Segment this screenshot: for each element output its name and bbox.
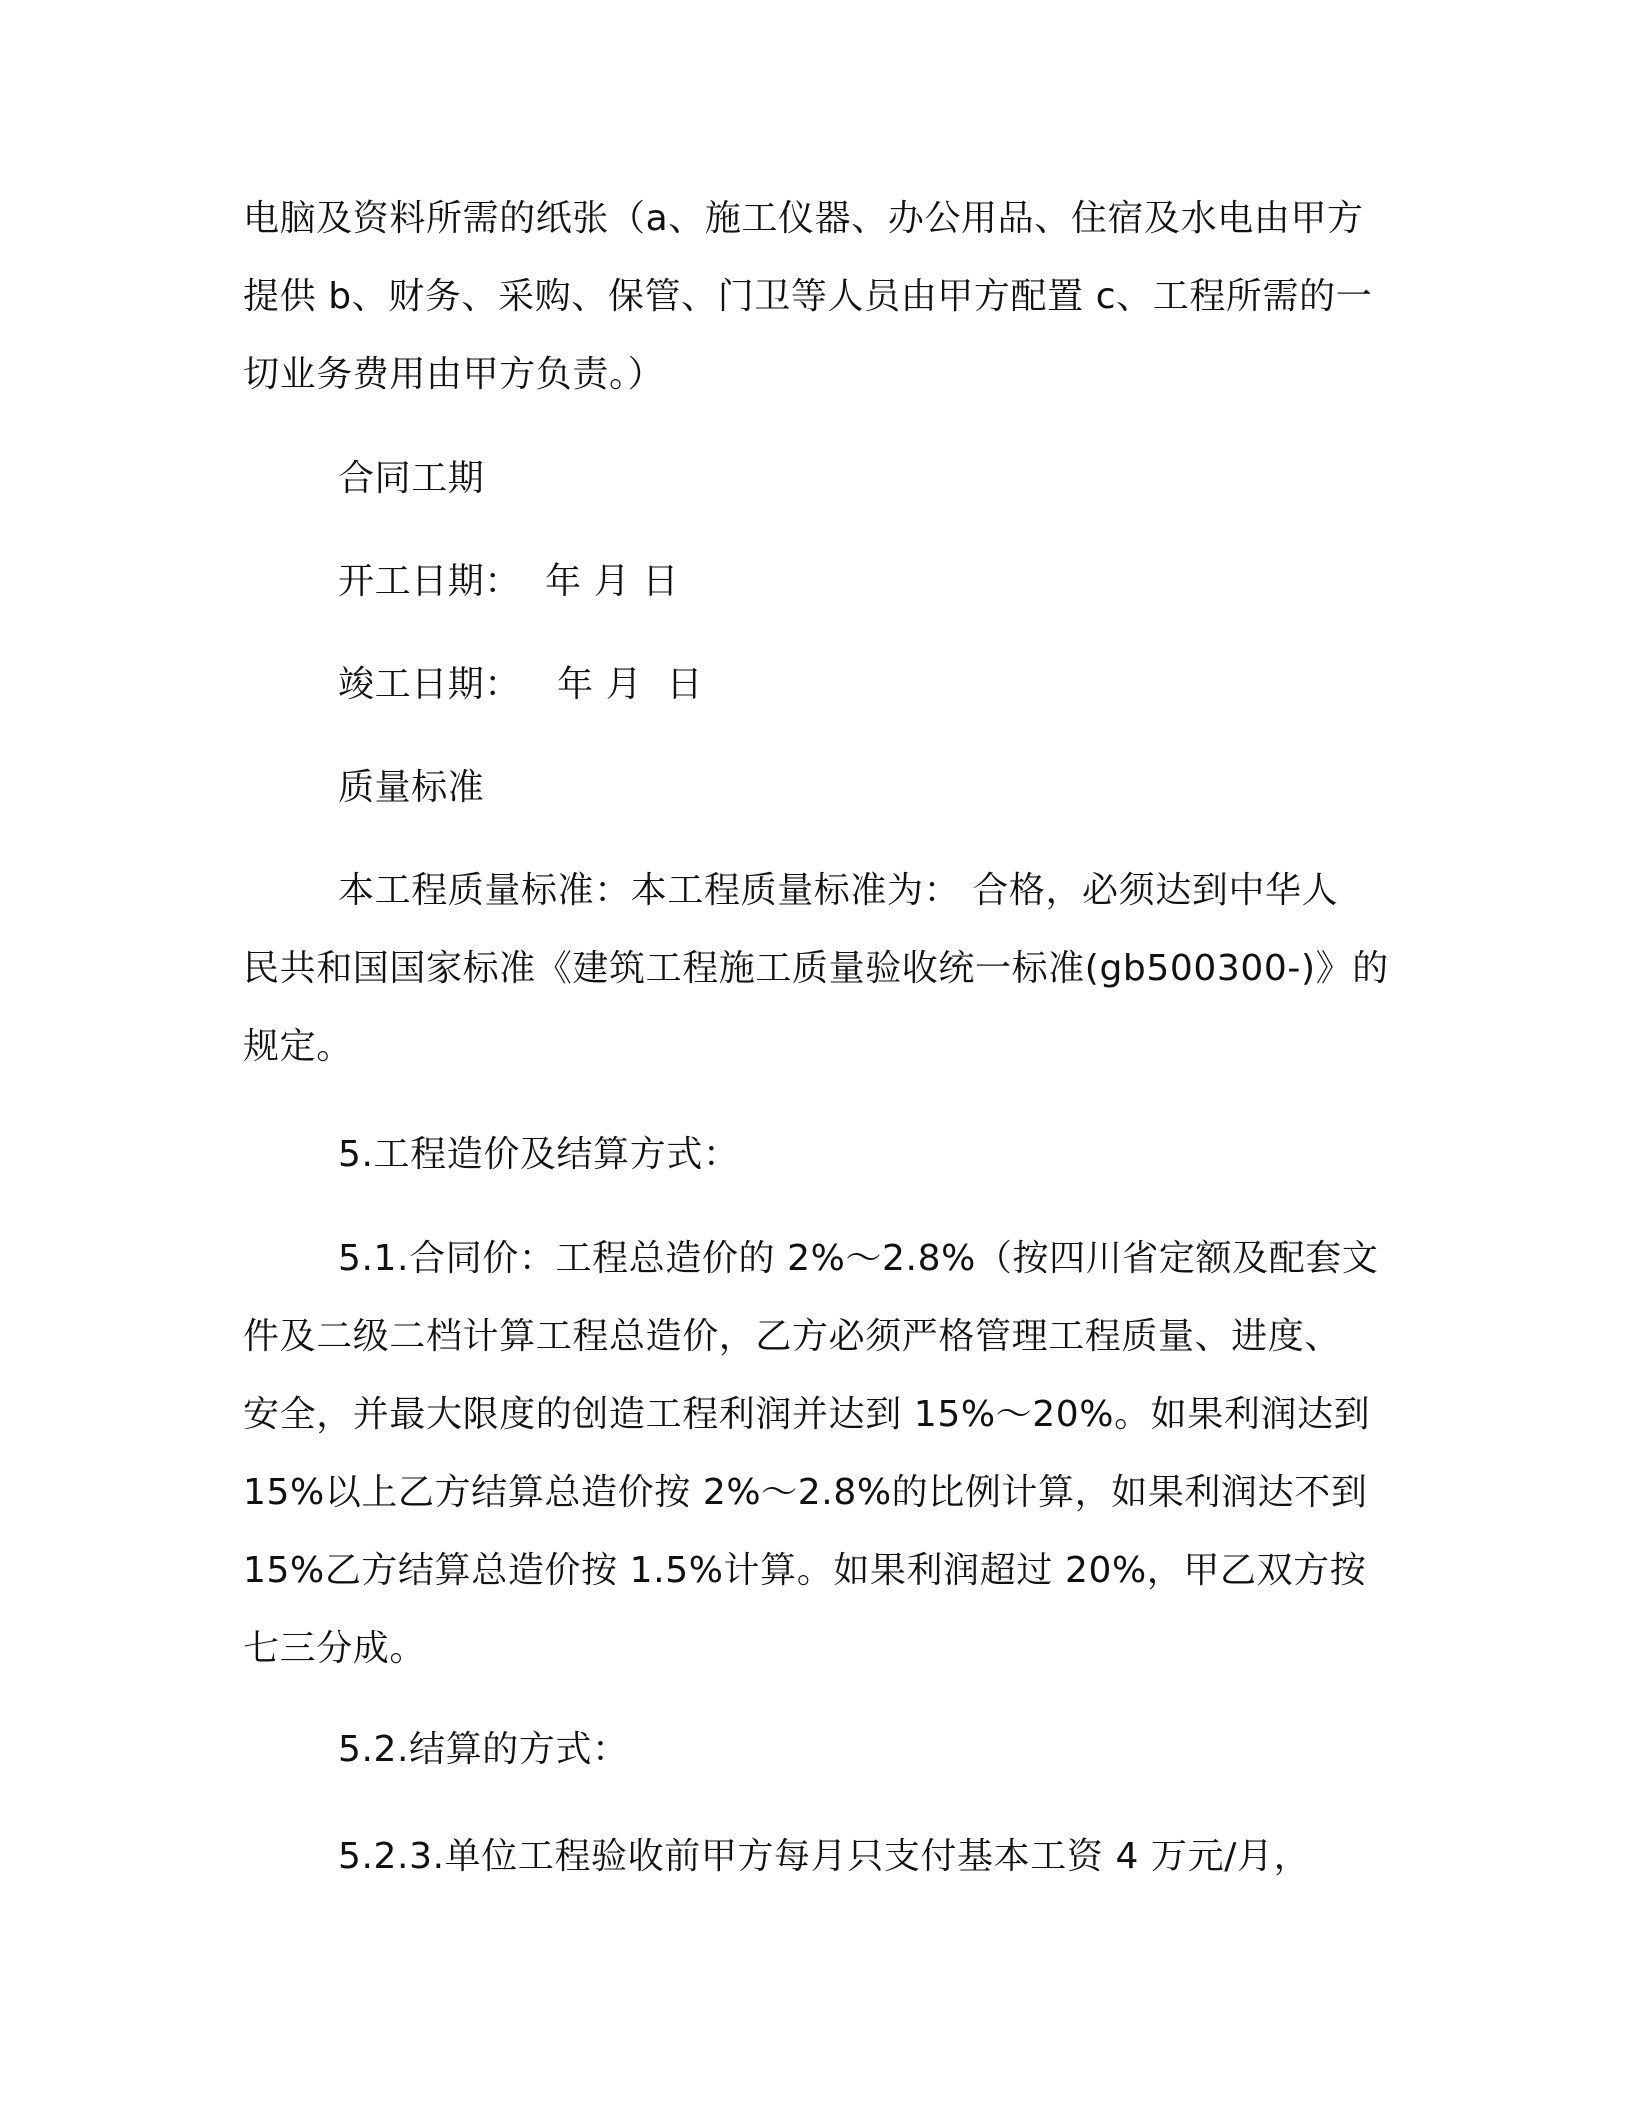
section-5-1-line-4: 15%以上乙方结算总造价按 2%～2.8%的比例计算，如果利润达不到: [243, 1470, 1367, 1516]
paragraph-office-supplies-line-3: 切业务费用由甲方负责。）: [243, 352, 664, 398]
quality-standard-line-1: 本工程质量标准：本工程质量标准为： 合格，必须达到中华人: [338, 868, 1338, 914]
section-5-1-line-5: 15%乙方结算总造价按 1.5%计算。如果利润超过 20%，甲乙双方按: [243, 1548, 1366, 1594]
document-page: 电脑及资料所需的纸张（a、施工仪器、办公用品、住宿及水电由甲方 提供 b、财务、…: [0, 0, 1632, 2112]
completion-date-line: 竣工日期： 年 月 日: [338, 662, 703, 708]
contract-period-heading: 合同工期: [338, 456, 484, 502]
section-5-1-line-6: 七三分成。: [243, 1626, 426, 1672]
section-5-1-line-1: 5.1.合同价：工程总造价的 2%～2.8%（按四川省定额及配套文: [338, 1236, 1379, 1282]
section-5-2-heading: 5.2.结算的方式：: [338, 1727, 629, 1773]
paragraph-office-supplies-line-2: 提供 b、财务、采购、保管、门卫等人员由甲方配置 c、工程所需的一: [243, 274, 1372, 320]
start-date-line: 开工日期： 年 月 日: [338, 559, 679, 605]
section-5-1-line-2: 件及二级二档计算工程总造价，乙方必须严格管理工程质量、进度、: [243, 1314, 1341, 1360]
quality-standard-line-2: 民共和国国家标准《建筑工程施工质量验收统一标准(gb500300-)》的: [243, 946, 1389, 992]
quality-standard-heading: 质量标准: [338, 765, 484, 811]
section-5-heading: 5.工程造价及结算方式：: [338, 1132, 740, 1178]
quality-standard-line-3: 规定。: [243, 1024, 353, 1070]
paragraph-office-supplies-line-1: 电脑及资料所需的纸张（a、施工仪器、办公用品、住宿及水电由甲方: [243, 196, 1364, 242]
section-5-2-3-line-1: 5.2.3.单位工程验收前甲方每月只支付基本工资 4 万元/月，: [338, 1834, 1310, 1880]
section-5-1-line-3: 安全，并最大限度的创造工程利润并达到 15%～20%。如果利润达到: [243, 1392, 1370, 1438]
